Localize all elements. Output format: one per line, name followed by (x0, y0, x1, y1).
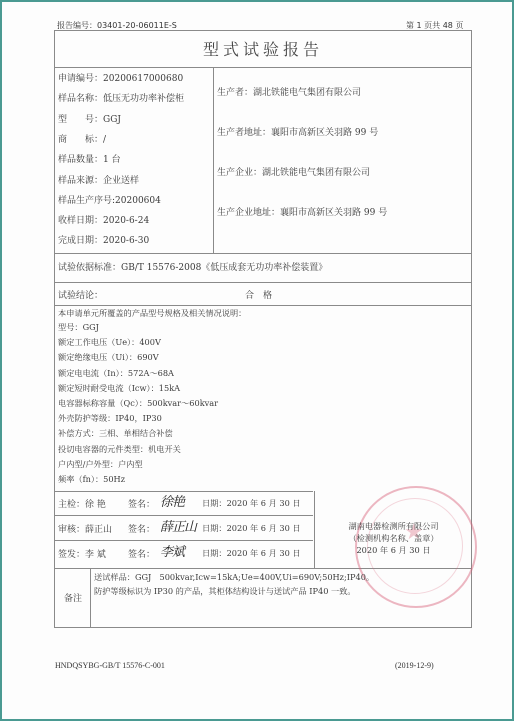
handwritten-signature: 薛正山 (160, 516, 196, 535)
field-value: 低压无功功率补偿柜 (103, 94, 184, 104)
sign-label: 签名： (128, 497, 155, 510)
field-value: GGJ (103, 115, 121, 125)
spec-line: 频率（fn）：50Hz (58, 474, 125, 485)
remarks-line: 送试样品：GGJ 500kvar,Icw=15kA;Ue=400V,Ui=690… (94, 572, 374, 583)
field-label: 申请编号： (58, 74, 103, 84)
divider (55, 253, 471, 254)
sign-date: 日期：2020 年 6 月 30 日 (202, 523, 301, 534)
institution-name: 湖南电器检测所有限公司 (314, 521, 473, 532)
sign-label: 签名： (128, 522, 155, 535)
signer-role: 签发：李 斌 (58, 547, 106, 560)
sign-date: 日期：2020 年 6 月 30 日 (202, 548, 301, 559)
spec-line: 外壳防护等级：IP40，IP30 (58, 413, 162, 424)
field-label: 样品名称： (58, 94, 103, 104)
signer-role: 审核：薛正山 (58, 522, 112, 535)
manufacturer-info-row: 生产者：湖北铁能电气集团有限公司 (217, 85, 361, 98)
field-value: / (103, 135, 106, 145)
spec-line: 型号：GGJ (58, 322, 99, 333)
spec-line: 额定工作电压（Ue）：400V (58, 337, 161, 348)
spec-line: 补偿方式：三相、单相结合补偿 (58, 428, 173, 439)
handwritten-signature: 李斌 (160, 541, 184, 560)
field-value: 1 台 (103, 155, 121, 165)
institution-note: （检测机构名称、盖章） (314, 533, 473, 544)
spec-line: 额定绝缘电压（Ui）：690V (58, 352, 159, 363)
version-date: (2019-12-9) (395, 661, 434, 670)
field-label: 样品数量： (58, 155, 103, 165)
sample-info-row: 样品生产序号:20200604 (58, 193, 161, 206)
standard-value: GB/T 15576-2008《低压成套无功功率补偿装置》 (121, 263, 327, 273)
standard-row: 试验依据标准：GB/T 15576-2008《低压成套无功功率补偿装置》 (58, 260, 327, 273)
form-number: HNDQSYBG-GB/T 15576-C-001 (55, 661, 165, 670)
field-value: 2020-6-30 (103, 236, 149, 246)
field-value: 襄阳市高新区关羽路 99 号 (280, 208, 387, 218)
sample-info-row: 申请编号：20200617000680 (58, 71, 183, 84)
page-title: 型式试验报告 (55, 37, 471, 60)
divider (55, 67, 471, 68)
sample-info-row: 样品来源：企业送样 (58, 173, 139, 186)
sample-info-row: 收样日期：2020-6-24 (58, 213, 149, 226)
field-value: 湖北铁能电气集团有限公司 (262, 168, 370, 178)
divider (213, 67, 214, 253)
field-label: 收样日期： (58, 216, 103, 226)
divider (55, 282, 471, 283)
divider (55, 305, 471, 306)
field-value: 20200604 (115, 196, 161, 206)
sign-label: 签名： (128, 547, 155, 560)
spec-line: 户内型/户外型：户内型 (58, 459, 143, 470)
field-label: 生产企业： (217, 168, 262, 178)
field-label: 商 标： (58, 135, 103, 145)
sample-info-row: 完成日期：2020-6-30 (58, 233, 149, 246)
field-label: 型 号： (58, 115, 103, 125)
conclusion-label: 试验结论： (58, 288, 103, 301)
conclusion-value: 合 格 (245, 288, 272, 301)
field-value: 20200617000680 (103, 74, 183, 84)
spec-line: 额定短时耐受电流（Icw）：15kA (58, 383, 180, 394)
field-value: 襄阳市高新区关羽路 99 号 (271, 128, 378, 138)
field-value: 湖北铁能电气集团有限公司 (253, 88, 361, 98)
manufacturer-info-row: 生产企业：湖北铁能电气集团有限公司 (217, 165, 370, 178)
field-label: 生产企业地址： (217, 208, 280, 218)
spec-line: 电容器标称容量（Qc）：500kvar～60kvar (58, 398, 218, 409)
field-value: 企业送样 (103, 176, 139, 186)
handwritten-signature: 徐艳 (160, 491, 184, 510)
sample-info-row: 商 标：/ (58, 132, 106, 145)
remarks-label: 备注 (64, 591, 82, 604)
field-label: 生产者： (217, 88, 253, 98)
manufacturer-info-row: 生产者地址：襄阳市高新区关羽路 99 号 (217, 125, 378, 138)
spec-line: 额定电电流（In）：572A～68A (58, 368, 174, 379)
sample-info-row: 样品数量：1 台 (58, 152, 121, 165)
sample-info-row: 样品名称：低压无功功率补偿柜 (58, 91, 184, 104)
spec-line: 投切电容器的元件类型：机电开关 (58, 444, 181, 455)
field-value: 2020-6-24 (103, 216, 149, 226)
field-label: 生产者地址： (217, 128, 271, 138)
institution-date: 2020 年 6 月 30 日 (314, 545, 473, 556)
divider (90, 568, 91, 628)
specs-intro: 本申请单元所覆盖的产品型号规格及相关情况说明： (58, 308, 246, 319)
signer-role: 主检：徐 艳 (58, 497, 106, 510)
field-label: 完成日期： (58, 236, 103, 246)
field-label: 样品生产序号: (58, 196, 115, 206)
report-table: 型式试验报告 申请编号：20200617000680样品名称：低压无功功率补偿柜… (54, 30, 472, 628)
manufacturer-info-row: 生产企业地址：襄阳市高新区关羽路 99 号 (217, 205, 387, 218)
remarks-line: 防护等级标识为 IP30 的产品，其柜体结构设计与送试产品 IP40 一致。 (94, 586, 356, 597)
sample-info-row: 型 号：GGJ (58, 112, 121, 125)
field-label: 样品来源： (58, 176, 103, 186)
sign-date: 日期：2020 年 6 月 30 日 (202, 498, 301, 509)
standard-label: 试验依据标准： (58, 263, 121, 273)
